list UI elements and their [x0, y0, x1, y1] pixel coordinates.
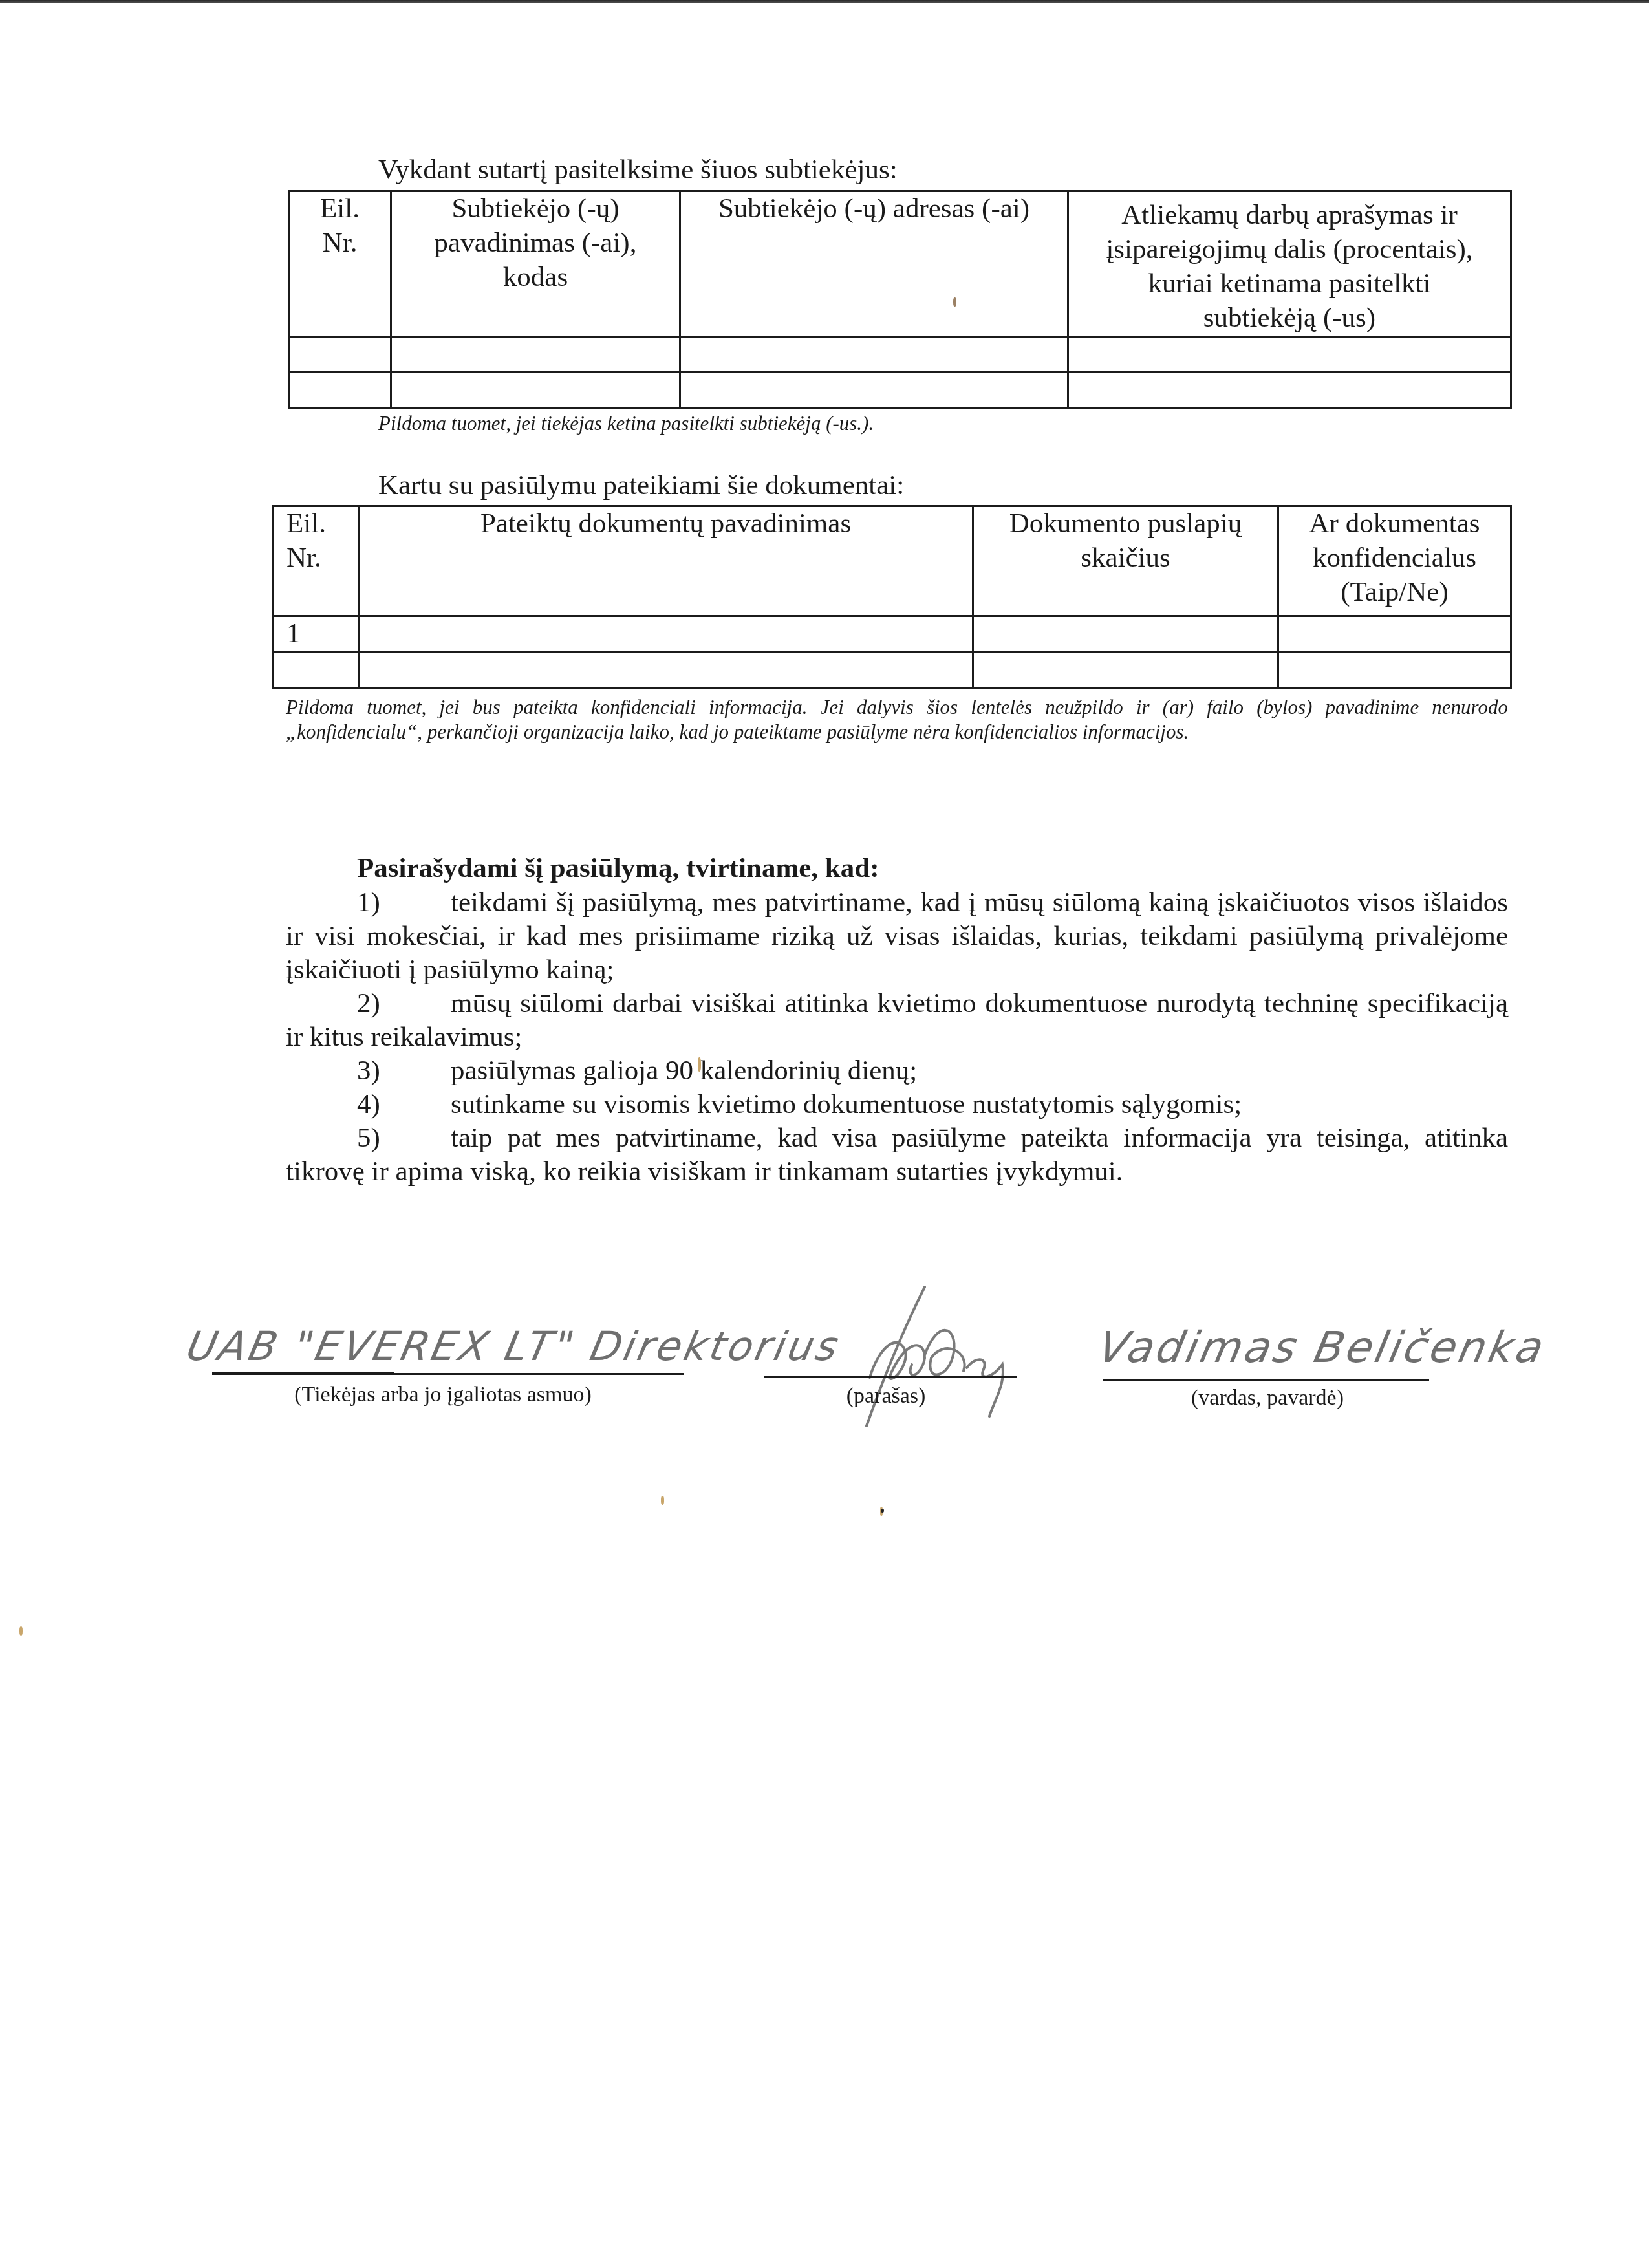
cell-address[interactable] — [680, 372, 1068, 407]
item-text: teikdami šį pasiūlymą, mes patvirtiname,… — [286, 887, 1508, 985]
item-number: 4) — [286, 1088, 451, 1121]
item-text: sutinkame su visomis kvietimo dokumentuo… — [451, 1089, 1242, 1119]
cell-confidential[interactable] — [1278, 653, 1511, 689]
cell-name[interactable] — [391, 372, 680, 407]
header-subcontractor-name: Subtiekėjo (-ų) pavadinimas (-ai), kodas — [391, 191, 680, 337]
cell-page-count[interactable] — [973, 653, 1278, 689]
subcontractors-intro: Vykdant sutartį pasitelksime šiuos subti… — [378, 154, 898, 186]
header-document-name: Pateiktų dokumentų pavadinimas — [359, 506, 973, 616]
supplier-line-ext — [212, 1373, 684, 1375]
cell-document-name[interactable] — [359, 616, 973, 653]
signature-line[interactable] — [764, 1376, 1017, 1378]
scan-speck — [953, 297, 956, 307]
declaration-item: 3)pasiūlymas galioja 90 kalendorinių die… — [286, 1054, 1508, 1088]
item-number: 2) — [286, 987, 451, 1021]
supplier-handwritten: UAB "EVEREX LT" Direktorius — [182, 1323, 845, 1370]
cell-address[interactable] — [680, 336, 1068, 372]
name-line[interactable] — [1103, 1379, 1429, 1381]
table-row — [273, 653, 1511, 689]
header-subcontractor-address: Subtiekėjo (-ų) adresas (-ai) — [680, 191, 1068, 337]
header-page-count: Dokumento puslapių skaičius — [973, 506, 1278, 616]
cell-nr[interactable]: 1 — [273, 616, 359, 653]
table-row — [289, 372, 1511, 407]
cell-description[interactable] — [1068, 372, 1511, 407]
signature-label: (parašas) — [834, 1384, 938, 1409]
cell-name[interactable] — [391, 336, 680, 372]
table-header-row: Eil. Nr. Pateiktų dokumentų pavadinimas … — [273, 506, 1511, 616]
item-text: mūsų siūlomi darbai visiškai atitinka kv… — [286, 988, 1508, 1052]
table-row — [289, 336, 1511, 372]
scan-speck — [19, 1626, 23, 1636]
subcontractors-table: Eil. Nr. Subtiekėjo (-ų) pavadinimas (-a… — [288, 190, 1512, 409]
declaration-item: 4)sutinkame su visomis kvietimo dokument… — [286, 1088, 1508, 1121]
cell-description[interactable] — [1068, 336, 1511, 372]
item-number: 3) — [286, 1054, 451, 1088]
table-header-row: Eil. Nr. Subtiekėjo (-ų) pavadinimas (-a… — [289, 191, 1511, 337]
cell-page-count[interactable] — [973, 616, 1278, 653]
name-handwritten: Vadimas Beličenka — [1094, 1323, 1551, 1372]
item-text: taip pat mes patvirtiname, kad visa pasi… — [286, 1123, 1508, 1187]
documents-table: Eil. Nr. Pateiktų dokumentų pavadinimas … — [272, 505, 1512, 689]
scan-speck — [881, 1509, 884, 1513]
header-eil-nr: Eil. Nr. — [273, 506, 359, 616]
declaration-heading: Pasirašydami šį pasiūlymą, tvirtiname, k… — [357, 852, 879, 884]
documents-intro: Kartu su pasiūlymu pateikiami šie dokume… — [378, 470, 904, 501]
declaration-item: 5)taip pat mes patvirtiname, kad visa pa… — [286, 1121, 1508, 1189]
table-row: 1 — [273, 616, 1511, 653]
scan-edge — [0, 0, 1649, 3]
supplier-label: (Tiekėjas arba jo įgaliotas asmuo) — [217, 1383, 669, 1407]
item-number: 5) — [286, 1121, 451, 1155]
scan-speck — [661, 1496, 664, 1505]
header-work-description: Atliekamų darbų aprašymas ir įsipareigoj… — [1068, 191, 1511, 337]
cell-nr[interactable] — [289, 372, 391, 407]
header-eil-nr: Eil. Nr. — [289, 191, 391, 337]
declaration-item: 2)mūsų siūlomi darbai visiškai atitinka … — [286, 987, 1508, 1054]
cell-nr[interactable] — [289, 336, 391, 372]
documents-note: Pildoma tuomet, jei bus pateikta konfide… — [286, 695, 1508, 744]
cell-nr[interactable] — [273, 653, 359, 689]
cell-document-name[interactable] — [359, 653, 973, 689]
item-number: 1) — [286, 886, 451, 920]
scan-speck — [698, 1057, 701, 1072]
header-confidential: Ar dokumentas konfidencialus (Taip/Ne) — [1278, 506, 1511, 616]
subcontractors-note: Pildoma tuomet, jei tiekėjas ketina pasi… — [378, 411, 874, 435]
declaration-list: 1)teikdami šį pasiūlymą, mes patvirtinam… — [286, 886, 1508, 1189]
cell-confidential[interactable] — [1278, 616, 1511, 653]
declaration-item: 1)teikdami šį pasiūlymą, mes patvirtinam… — [286, 886, 1508, 987]
item-text: pasiūlymas galioja 90 kalendorinių dienų… — [451, 1055, 917, 1086]
name-label: (vardas, pavardė) — [1151, 1386, 1384, 1410]
